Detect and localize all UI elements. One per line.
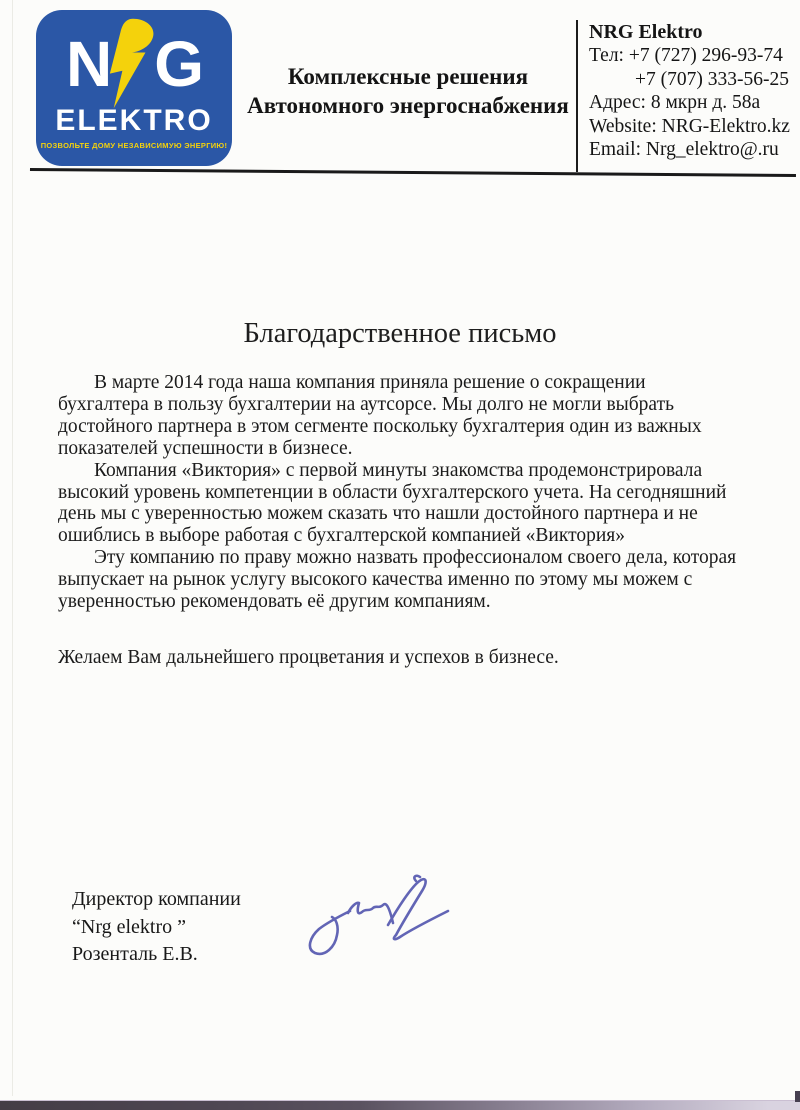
contact-block: NRG Elektro Тел: +7 (727) 296-93-74 +7 (… xyxy=(589,21,790,161)
contact-phone-1: Тел: +7 (727) 296-93-74 xyxy=(589,44,790,67)
logo-letter-n: N xyxy=(66,20,110,108)
letter-title: Благодарственное письмо xyxy=(0,318,800,350)
contact-email: Email: Nrg_elektro@.ru xyxy=(589,138,790,161)
paragraph-3: Эту компанию по праву можно назвать проф… xyxy=(58,547,788,613)
closing-line: Желаем Вам дальнейшего процветания и усп… xyxy=(58,647,788,669)
contact-phone-2: +7 (707) 333-56-25 xyxy=(589,68,790,91)
contact-company-name: NRG Elektro xyxy=(589,21,790,44)
handwritten-signature xyxy=(288,866,473,968)
paragraph-2: Компания «Виктория» с первой минуты знак… xyxy=(58,460,788,548)
logo-letter-g: G xyxy=(154,20,202,108)
contact-website: Website: NRG-Elektro.kz xyxy=(589,115,790,138)
slogan-line-1: Комплексные решения xyxy=(228,62,588,91)
header-horizontal-rule xyxy=(30,168,796,177)
signature-block: Директор компании “Nrg elektro ” Розента… xyxy=(72,886,241,969)
slogan-line-2: Автономного энергоснабжения xyxy=(228,91,588,120)
scan-corner-mark xyxy=(795,1091,800,1102)
scanned-letter-page: N G ELEKTRO ПОЗВОЛЬТЕ ДОМУ НЕЗАВИСИМУЮ Э… xyxy=(0,0,800,1110)
paragraph-1: В марте 2014 года наша компания приняла … xyxy=(58,372,788,460)
signer-position: Директор компании xyxy=(72,886,241,914)
logo-nrg-row: N G xyxy=(66,12,202,108)
scan-left-edge-line xyxy=(12,0,13,1096)
header-vertical-divider xyxy=(576,20,578,172)
header-slogan: Комплексные решения Автономного энергосн… xyxy=(228,62,588,120)
nrg-elektro-logo: N G ELEKTRO ПОЗВОЛЬТЕ ДОМУ НЕЗАВИСИМУЮ Э… xyxy=(36,10,232,166)
letter-body: В марте 2014 года наша компания приняла … xyxy=(58,372,788,669)
signer-name: Розенталь Е.В. xyxy=(72,941,241,969)
signer-company: “Nrg elektro ” xyxy=(72,914,241,942)
contact-address: Адрес: 8 мкрн д. 58а xyxy=(589,91,790,114)
logo-tagline: ПОЗВОЛЬТЕ ДОМУ НЕЗАВИСИМУЮ ЭНЕРГИЮ! xyxy=(41,141,228,150)
scan-bottom-edge xyxy=(0,1100,800,1110)
lightning-bolt-icon xyxy=(106,16,158,112)
